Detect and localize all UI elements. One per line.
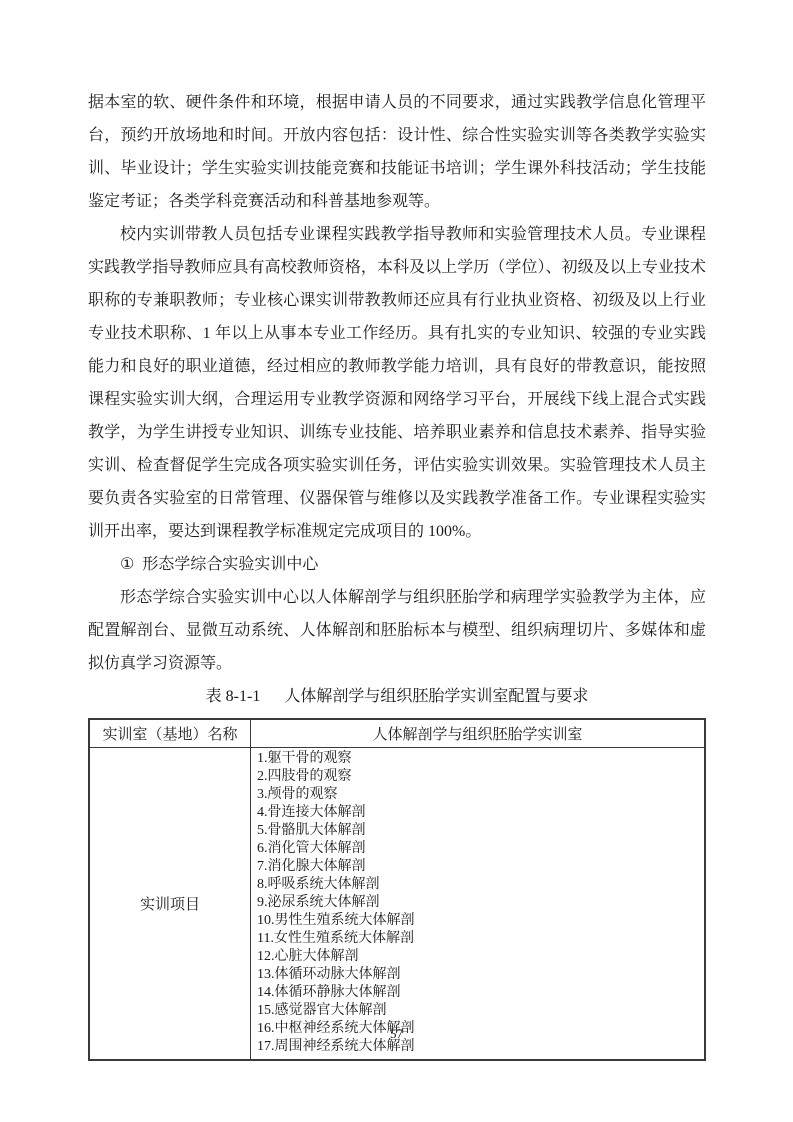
table-row-label-training-items: 实训项目 — [89, 748, 251, 1061]
document-page: 据本室的软、硬件条件和环境，根据申请人员的不同要求，通过实践教学信息化管理平台，… — [0, 0, 793, 1122]
table-body-row: 实训项目 1.躯干骨的观察2.四肢骨的观察3.颅骨的观察4.骨连接大体解剖5.骨… — [89, 748, 705, 1061]
section-heading-text: 形态学综合实验实训中心 — [142, 556, 318, 573]
training-item: 9.泌尿系统大体解剖 — [257, 894, 698, 912]
training-item: 6.消化管大体解剖 — [257, 840, 698, 858]
paragraph-morphology-center-description: 形态学综合实验实训中心以人体解剖学与组织胚胎学和病理学实验教学为主体，应配置解剖… — [88, 581, 706, 680]
table-header-room-name: 实训室（基地）名称 — [89, 719, 251, 748]
table-header-room-title: 人体解剖学与组织胚胎学实训室 — [251, 719, 706, 748]
training-item: 10.男性生殖系统大体解剖 — [257, 912, 698, 930]
training-item: 14.体循环静脉大体解剖 — [257, 984, 698, 1002]
training-item: 5.骨骼肌大体解剖 — [257, 822, 698, 840]
training-item-list: 1.躯干骨的观察2.四肢骨的观察3.颅骨的观察4.骨连接大体解剖5.骨骼肌大体解… — [251, 748, 706, 1061]
training-item: 1.躯干骨的观察 — [257, 750, 698, 768]
training-item: 4.骨连接大体解剖 — [257, 804, 698, 822]
section-heading-morphology-center: ①形态学综合实验实训中心 — [88, 548, 706, 581]
training-item: 2.四肢骨的观察 — [257, 768, 698, 786]
table-caption: 表 8-1-1人体解剖学与组织胚胎学实训室配置与要求 — [88, 680, 706, 713]
page-content: 据本室的软、硬件条件和环境，根据申请人员的不同要求，通过实践教学信息化管理平台，… — [88, 86, 706, 1061]
page-number: 57 — [0, 1026, 793, 1042]
paragraph-instructor-requirements: 校内实训带教人员包括专业课程实践教学指导教师和实验管理技术人员。专业课程实践教学… — [88, 218, 706, 548]
training-item: 8.呼吸系统大体解剖 — [257, 876, 698, 894]
circled-number-marker: ① — [120, 556, 134, 573]
training-item: 13.体循环动脉大体解剖 — [257, 966, 698, 984]
table-header-row: 实训室（基地）名称 人体解剖学与组织胚胎学实训室 — [89, 719, 705, 748]
training-item: 11.女性生殖系统大体解剖 — [257, 930, 698, 948]
table-caption-title: 人体解剖学与组织胚胎学实训室配置与要求 — [284, 688, 588, 705]
training-item: 12.心脏大体解剖 — [257, 948, 698, 966]
table-caption-label: 表 8-1-1 — [206, 688, 261, 705]
training-item: 15.感觉器官大体解剖 — [257, 1002, 698, 1020]
training-item: 3.颅骨的观察 — [257, 786, 698, 804]
paragraph-open-content: 据本室的软、硬件条件和环境，根据申请人员的不同要求，通过实践教学信息化管理平台，… — [88, 86, 706, 218]
training-item: 7.消化腺大体解剖 — [257, 858, 698, 876]
training-room-config-table: 实训室（基地）名称 人体解剖学与组织胚胎学实训室 实训项目 1.躯干骨的观察2.… — [88, 718, 706, 1061]
